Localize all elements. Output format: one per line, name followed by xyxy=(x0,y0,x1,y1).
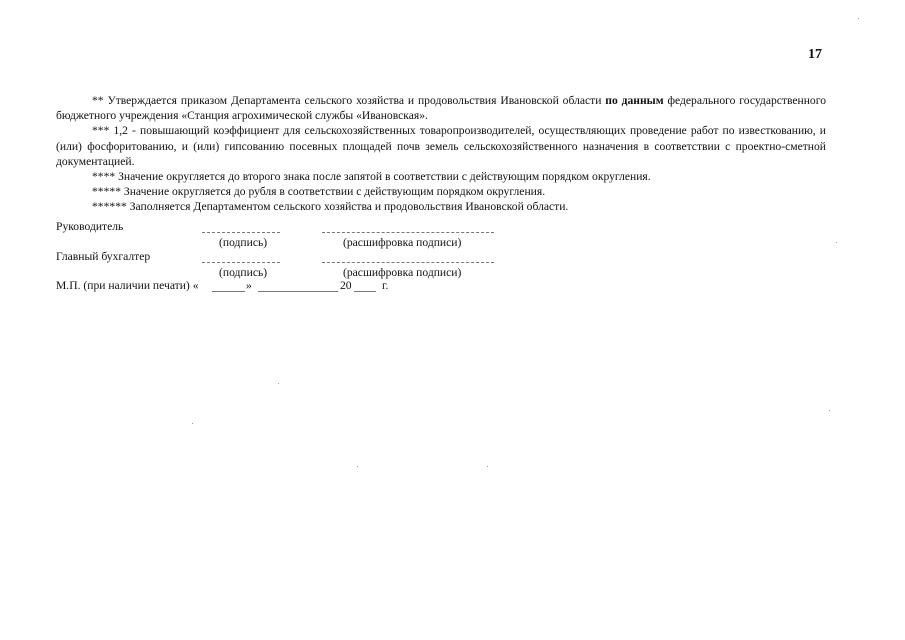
year-suffix: г. xyxy=(382,279,388,292)
footnote-4: **** Значение округляется до второго зна… xyxy=(56,169,826,184)
accountant-signature-caption: (подпись) xyxy=(219,266,267,279)
scan-speck xyxy=(192,423,193,424)
head-decoding-caption: (расшифровка подписи) xyxy=(343,236,461,249)
accountant-decoding-line xyxy=(322,262,494,263)
stamp-label: М.П. (при наличии печати) « xyxy=(56,279,199,292)
year-line xyxy=(354,291,376,292)
year-prefix: 20 xyxy=(340,279,352,292)
accountant-signature-line xyxy=(202,262,280,263)
footnote-2: ** Утверждается приказом Департамента се… xyxy=(56,93,826,123)
month-line xyxy=(258,291,338,292)
footnote-6: ****** Заполняется Департаментом сельско… xyxy=(56,199,826,214)
footnote-5: ***** Значение округляется до рубля в со… xyxy=(56,184,826,199)
scan-speck xyxy=(278,383,279,384)
head-signature-caption: (подпись) xyxy=(219,236,267,249)
accountant-decoding-caption: (расшифровка подписи) xyxy=(343,266,461,279)
footnotes: ** Утверждается приказом Департамента се… xyxy=(56,93,826,215)
scan-speck xyxy=(487,466,488,467)
page-number: 17 xyxy=(808,47,822,63)
accountant-label: Главный бухгалтер xyxy=(56,250,150,263)
head-decoding-line xyxy=(322,232,494,233)
head-signature-line xyxy=(202,232,280,233)
scan-speck xyxy=(858,18,859,19)
quote-close: » xyxy=(246,279,252,292)
scan-speck xyxy=(829,410,830,411)
head-label: Руководитель xyxy=(56,220,123,233)
scan-speck xyxy=(836,242,837,243)
scan-speck xyxy=(357,466,358,467)
footnote-3: *** 1,2 - повышающий коэффициент для сел… xyxy=(56,123,826,169)
day-line xyxy=(212,291,245,292)
